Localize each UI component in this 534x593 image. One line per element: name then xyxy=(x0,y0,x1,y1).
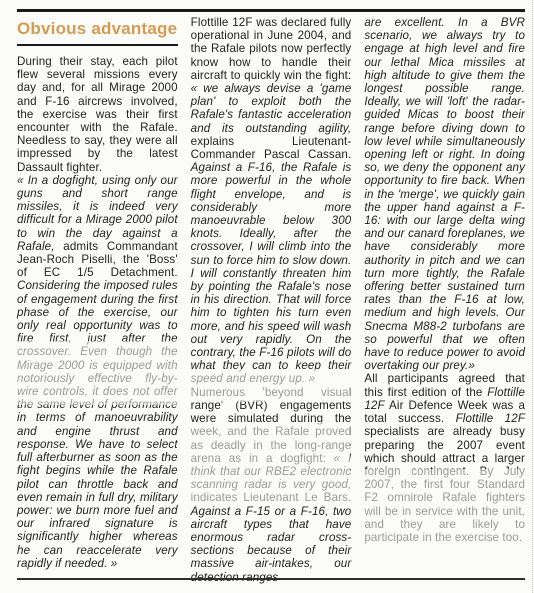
page-edge-artifact xyxy=(532,0,533,593)
column-2: Flottille 12F was declared fully operati… xyxy=(191,16,352,584)
column-3-text: are excellent. In a BVR scenario, we alw… xyxy=(364,16,525,544)
text-segment: specialists are already busy preparing t… xyxy=(364,425,525,544)
heading-rule xyxy=(17,44,178,46)
paragraph: During their stay, each pilot flew sever… xyxy=(17,55,178,174)
text-segment: Flottille 12F was declared fully operati… xyxy=(191,16,352,82)
paragraph: All participants agreed that this first … xyxy=(364,372,525,544)
column-1-text: During their stay, each pilot flew sever… xyxy=(17,55,178,570)
text-segment: indicates Lieutenant Le Bars. xyxy=(191,491,352,504)
quote-segment: Considering the imposed rules of engagem… xyxy=(17,279,178,569)
column-1: Obvious advantage During their stay, eac… xyxy=(17,16,178,584)
article-columns: Obvious advantage During their stay, eac… xyxy=(17,16,525,584)
text-segment: explains Lieutenant-Commander Pascal Cas… xyxy=(191,135,352,161)
top-rule xyxy=(17,9,525,12)
quote-segment: « we always devise a 'game plan' to expl… xyxy=(191,82,352,135)
quote-segment: are excellent. In a BVR scenario, we alw… xyxy=(364,16,525,372)
quote-segment: Against a F-15 or a F-16, two aircraft t… xyxy=(191,505,352,584)
paragraph: « In a dogfight, using only our guns and… xyxy=(17,174,178,570)
heading-block: Obvious advantage xyxy=(17,18,178,46)
text-segment: Numerous 'beyond visual range' (BVR) eng… xyxy=(191,386,352,465)
paragraph: are excellent. In a BVR scenario, we alw… xyxy=(364,16,525,372)
quote-segment: Against a F-16, the Rafale is more power… xyxy=(191,161,352,385)
bottom-rule xyxy=(17,578,525,580)
column-3: are excellent. In a BVR scenario, we alw… xyxy=(364,16,525,584)
paragraph: Flottille 12F was declared fully operati… xyxy=(191,16,352,386)
article-page: Obvious advantage During their stay, eac… xyxy=(0,0,534,593)
column-2-text: Flottille 12F was declared fully operati… xyxy=(191,16,352,584)
paragraph: Numerous 'beyond visual range' (BVR) eng… xyxy=(191,386,352,584)
section-heading: Obvious advantage xyxy=(17,18,178,39)
quote-segment: Flottille 12F xyxy=(456,412,525,425)
text-segment: During their stay, each pilot flew sever… xyxy=(17,55,178,174)
